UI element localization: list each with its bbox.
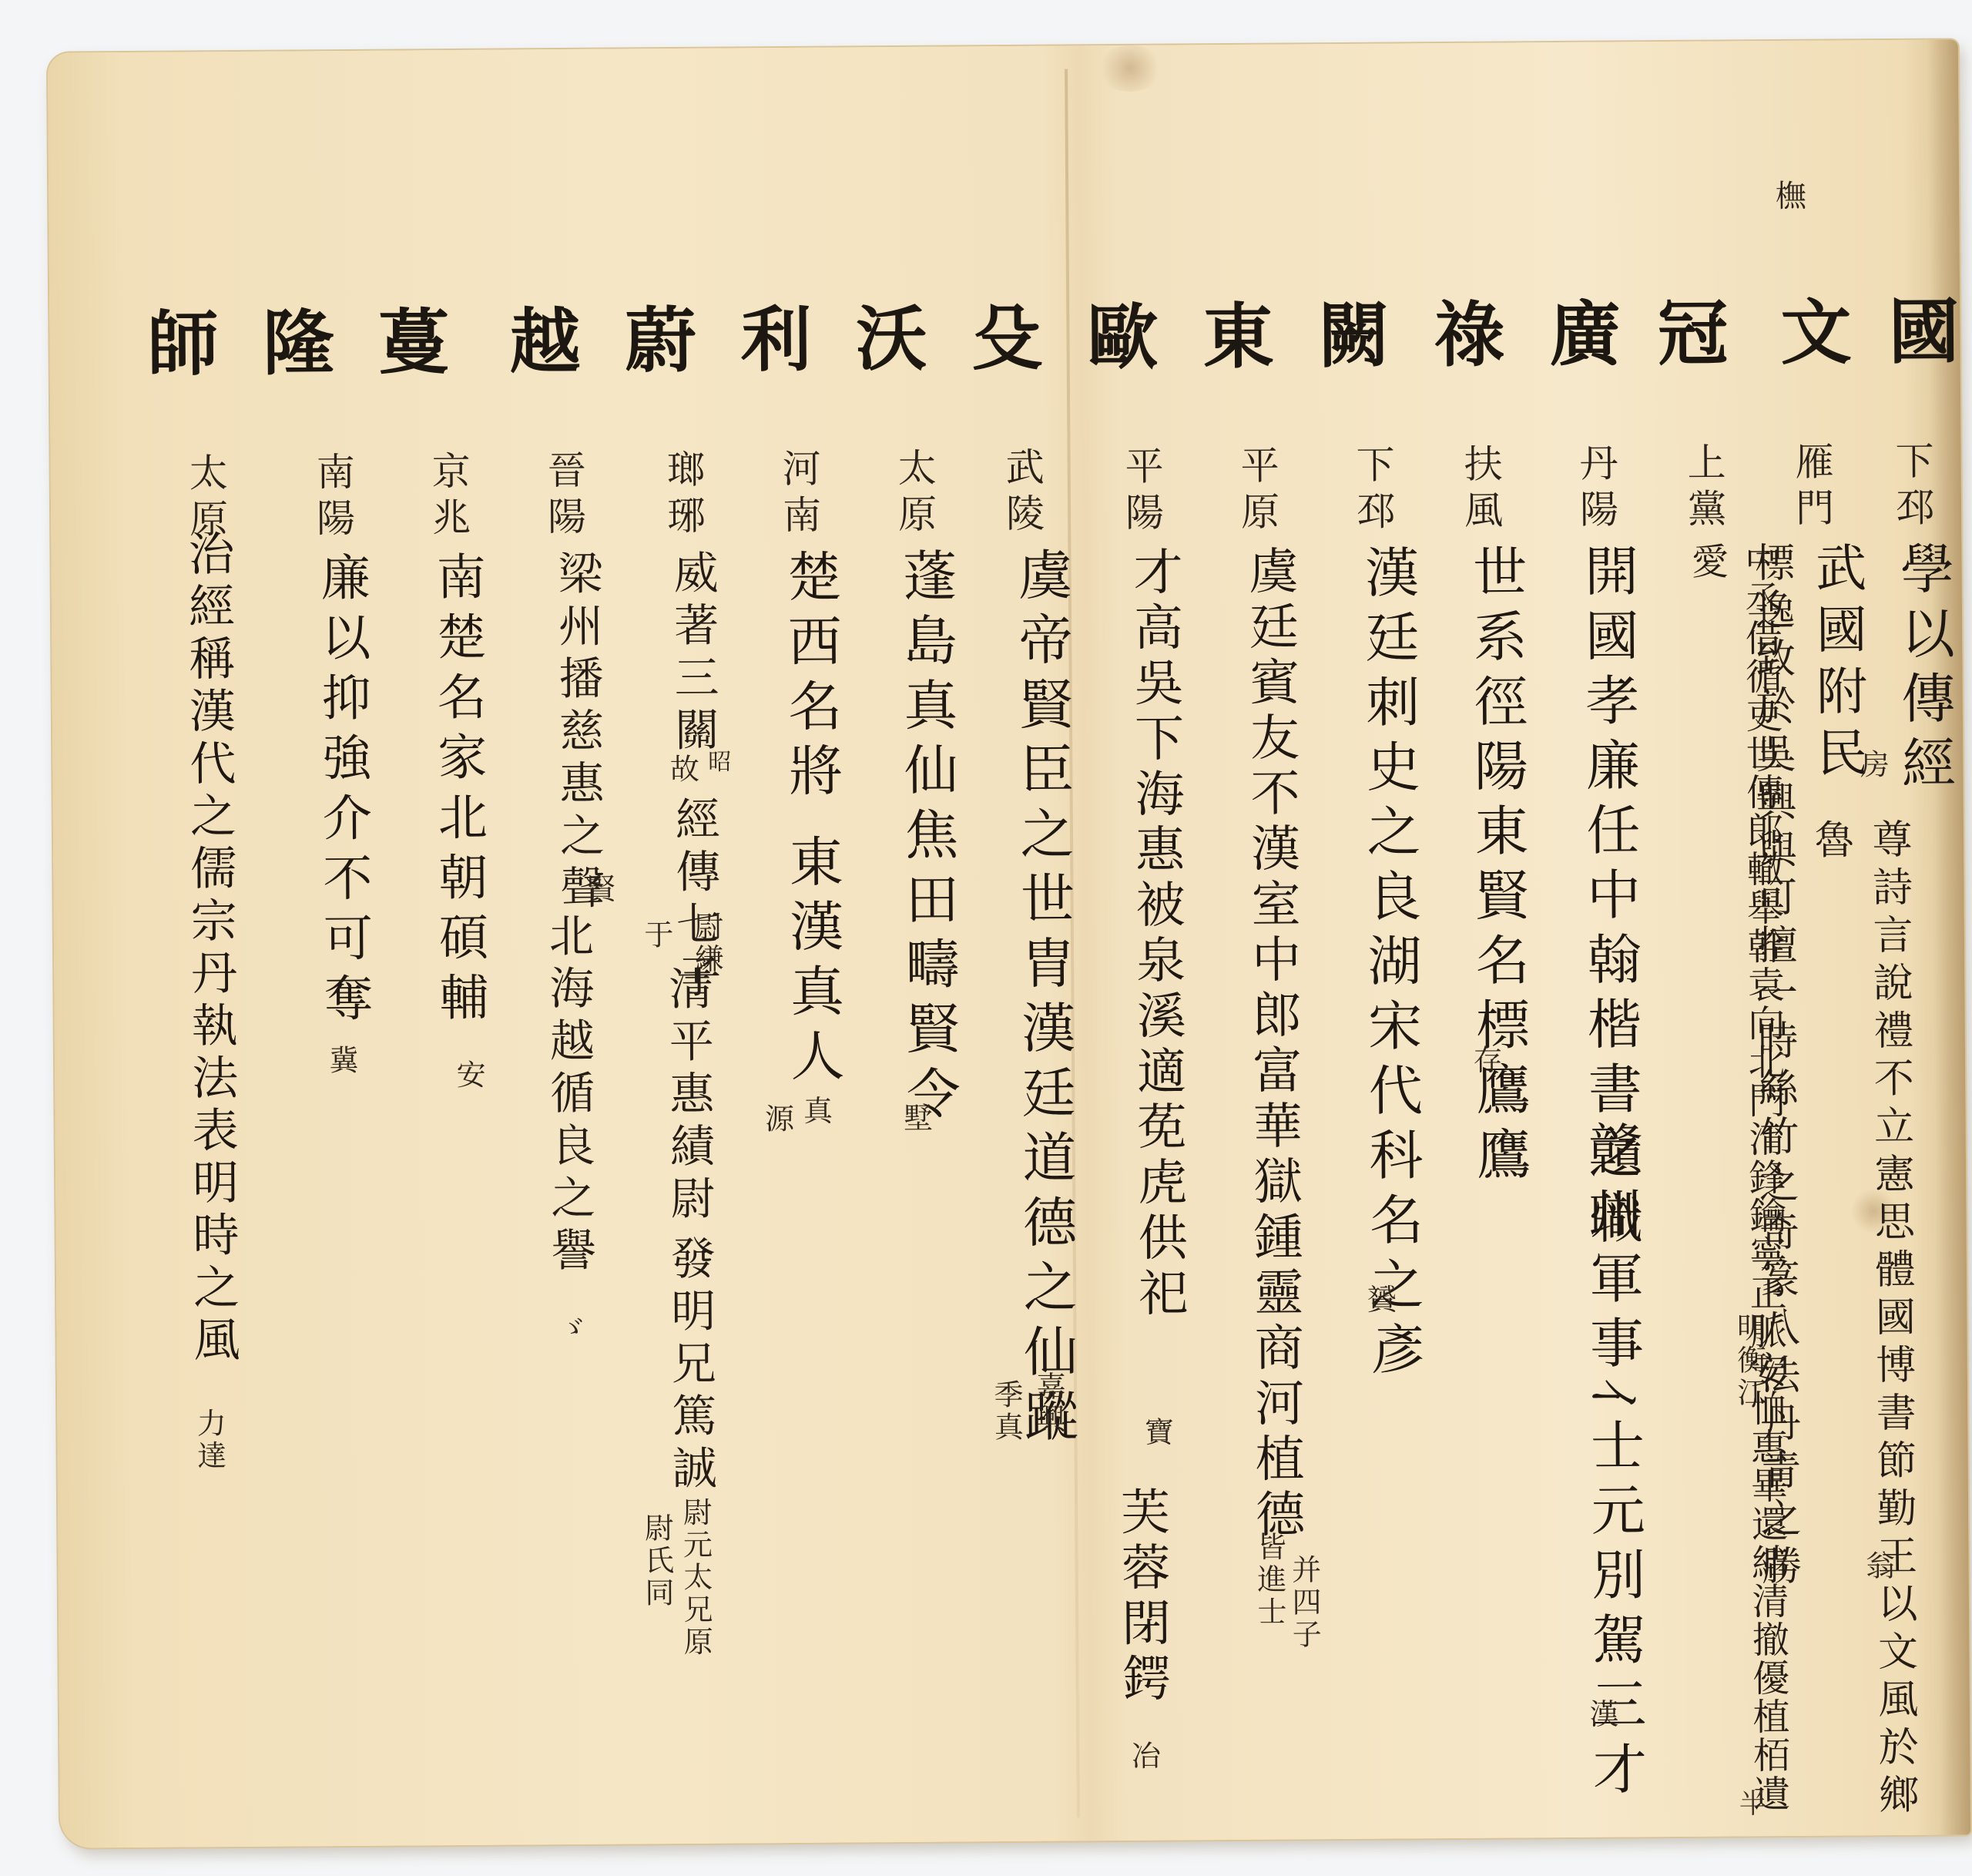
manuscript-page: 橅 國 文 冠 廣 祿 闕 東 歐 殳 沃 利 蔚 越 蔓 隆 師 下邳 禮成以…: [48, 39, 1970, 1847]
entry-text: 北海越循良之譽: [535, 912, 602, 1280]
place-name: 扶風: [1452, 443, 1508, 535]
entry-text: 楚西名將: [771, 548, 850, 807]
surname-heading: 闕: [1297, 297, 1400, 369]
surname-heading: 越: [488, 304, 591, 375]
entry-text: 廉以抑強介不可奪: [305, 552, 379, 1033]
annotation: 源: [756, 1103, 798, 1136]
annotation: 皆進士: [1248, 1531, 1291, 1628]
surname-heading: 祿: [1413, 297, 1515, 368]
entry-text: 東漢真人: [773, 833, 853, 1092]
annotation: 尉氏同: [636, 1512, 679, 1609]
surname-heading: 利: [719, 302, 822, 374]
entry-text: 漢廷刺史之良湖宋代科名之彥: [1349, 544, 1433, 1386]
place-name: 下邳: [1344, 444, 1400, 536]
place-name: 雁門: [1783, 441, 1840, 533]
surname-heading: 沃: [835, 301, 937, 373]
place-name: 河南: [771, 448, 827, 541]
place-name: 南陽: [305, 451, 361, 544]
place-name: 晉陽: [536, 450, 592, 542]
bottom-mark: 半: [1739, 1782, 1767, 1821]
annotation: 賢: [577, 874, 619, 906]
annotation: 冶: [1122, 1740, 1165, 1773]
place-name: 平陽: [1113, 446, 1169, 539]
place-name: 上黨: [1675, 441, 1732, 534]
annotation: 翁: [1857, 1550, 1900, 1582]
surname-heading: 東: [1182, 298, 1284, 370]
entry-text: 虞廷賓友不漢室中郎富華獄鍾靈商河植德: [1233, 545, 1311, 1544]
surname-heading: 殳: [951, 300, 1053, 372]
place-name: 太原: [887, 448, 943, 540]
entry-text: 芙蓉閉鍔: [1105, 1486, 1178, 1709]
entry-text: 才高吳下海惠被泉溪適莬虎供祀: [1118, 545, 1194, 1323]
entry-subtext: 尊詩言說禮不立憲思體國博書節勤王以文風於鄉魯: [1802, 818, 1924, 1836]
entry-text: 清平惠績尉: [655, 965, 721, 1228]
ink-stain: [1095, 45, 1165, 92]
annotation: 季真: [985, 1379, 1028, 1444]
surname-heading: 隆: [242, 305, 344, 377]
entry-text: 南楚名家北朝碩輔: [421, 551, 495, 1032]
entry-text: 蓬島真仙焦田疇賢令: [887, 547, 968, 1130]
place-name: 京兆: [421, 451, 477, 543]
surname-heading: 冠: [1636, 295, 1739, 367]
surname-heading: 蔓: [357, 304, 460, 376]
annotation: 房: [1851, 749, 1893, 781]
marginal-note: 橅: [1766, 180, 1810, 210]
entry-text: 威著三關: [659, 549, 726, 760]
entry-text: 中丞借循吏世傳郎轍舉幹袁向北門淯鋒鑰寧正脈安恤惠畢還結清撤優植栢遺愛: [1680, 542, 1796, 1837]
place-name: 瑯琊: [656, 449, 712, 542]
annotation: 真: [794, 1096, 837, 1128]
surname-heading: 師: [126, 306, 229, 378]
entry-text: 世系徑陽東賢名標鷹鷹: [1457, 543, 1539, 1191]
surname-heading: 蔚: [604, 303, 706, 374]
entry-text: 虞帝賢臣之世胄漢廷道德之仙蹤: [1002, 546, 1086, 1453]
annotation: 尉元太兄原: [674, 1497, 717, 1659]
annotation: 故: [661, 753, 703, 786]
place-name: 武陵: [994, 447, 1050, 539]
surname-heading: 文: [1759, 294, 1862, 366]
surname-heading: 歐: [1066, 300, 1169, 371]
place-name: 丹陽: [1568, 442, 1624, 535]
annotation: 存: [1464, 1044, 1507, 1076]
annotation: 寶: [1135, 1416, 1178, 1448]
annotation: 昭: [699, 749, 733, 775]
annotation: 力達: [188, 1408, 231, 1472]
surname-heading: 廣: [1528, 296, 1631, 367]
place-name: 下邳: [1883, 441, 1940, 533]
annotation: ゞ: [549, 1313, 592, 1345]
place-name: 平原: [1229, 445, 1285, 537]
annotation: 安: [448, 1059, 490, 1092]
annotation: 墅: [894, 1102, 937, 1135]
annotation: 漢: [1581, 1698, 1623, 1730]
annotation: 于: [636, 919, 678, 951]
annotation: 冀: [320, 1045, 363, 1077]
annotation: 贇: [1358, 1284, 1400, 1316]
entry-text: 發明兄篤誠: [657, 1235, 723, 1498]
annotation: 嘉興: [1028, 1371, 1071, 1435]
entry-text: 治經稱漢代之儒宗丹執法表明時之風: [174, 529, 246, 1368]
entry-text: 梁州播慈惠之聲: [544, 550, 611, 918]
surname-heading: 國: [1867, 294, 1970, 365]
